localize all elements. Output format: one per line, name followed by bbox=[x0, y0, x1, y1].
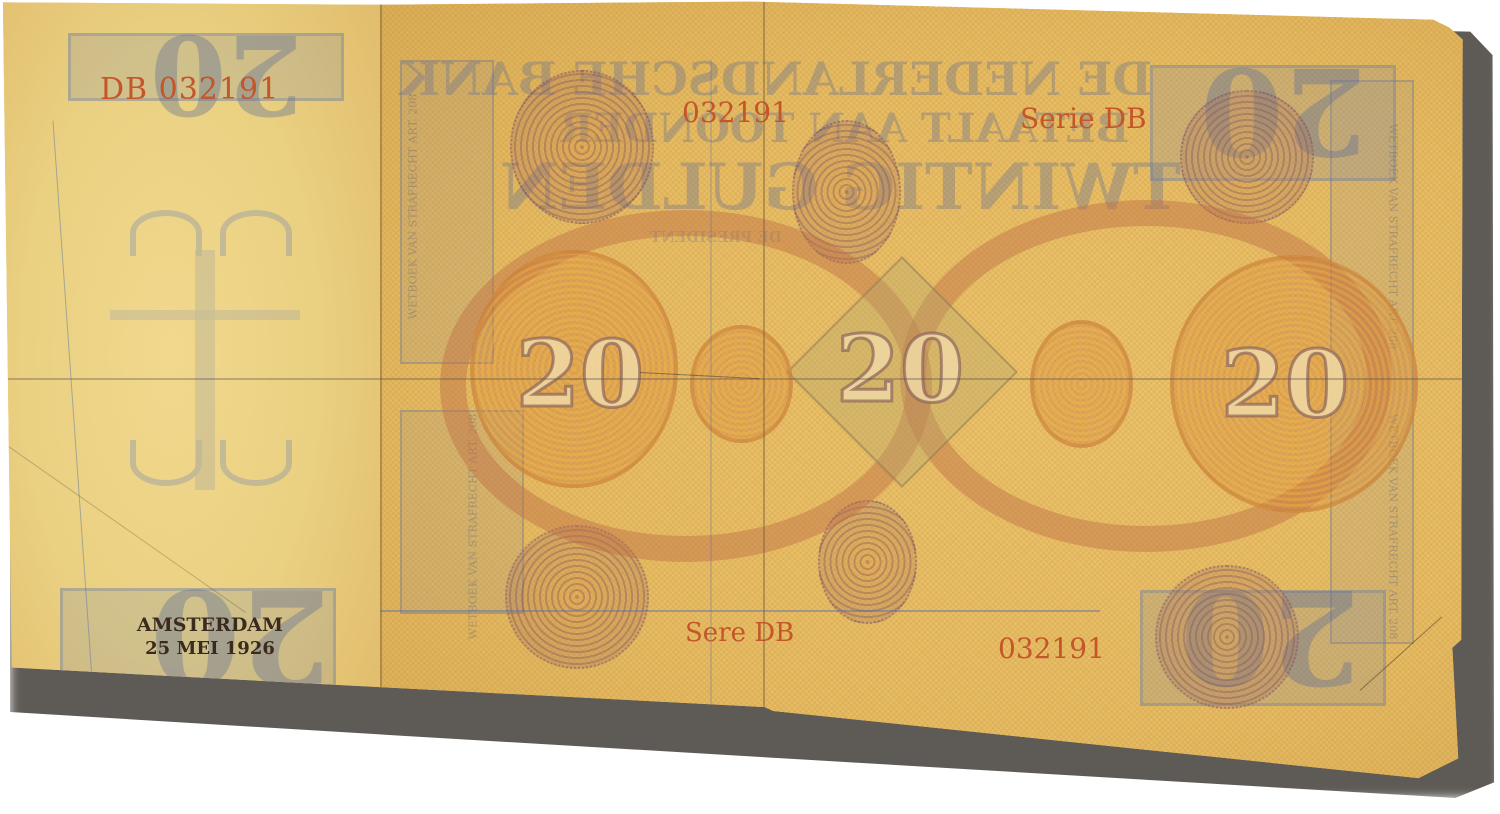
rosette-top-left bbox=[510, 70, 654, 224]
frame-line-bottom bbox=[380, 610, 1100, 612]
watermark-ornament bbox=[110, 190, 310, 550]
frame-line-vertical bbox=[710, 60, 712, 760]
rosette-bottom-right bbox=[1155, 565, 1299, 709]
serial-number-bottom: 032191 bbox=[998, 632, 1105, 665]
denomination-left: 20 bbox=[500, 320, 660, 428]
fold-horizontal bbox=[0, 378, 1470, 380]
issue-date: 25 MEI 1926 bbox=[110, 638, 310, 659]
fold-center bbox=[763, 0, 765, 790]
issue-city: AMSTERDAM bbox=[110, 614, 310, 636]
fold-left bbox=[380, 0, 382, 790]
banknote: 20 DB 032191 20 AMSTERDAM 25 MEI 1926 DE… bbox=[0, 0, 1500, 814]
law-text-left: WETBOEK VAN STRAFRECHT ART. 208 bbox=[406, 94, 419, 320]
denomination-right: 20 bbox=[1185, 330, 1385, 438]
series-label-top: Serie DB bbox=[1020, 102, 1147, 135]
denomination-center: 20 bbox=[820, 315, 980, 423]
design-panel: DE NEDERLANDSCHE BANK BETAALT AAN TOONDE… bbox=[380, 0, 1470, 790]
serial-number-top: 032191 bbox=[682, 96, 789, 129]
left-serial-number: DB 032191 bbox=[100, 72, 279, 107]
banknote-paper: 20 DB 032191 20 AMSTERDAM 25 MEI 1926 DE… bbox=[0, 0, 1470, 790]
small-medallion-left bbox=[690, 325, 793, 443]
small-medallion-right bbox=[1030, 320, 1133, 448]
series-label-bottom: Sere DB bbox=[685, 618, 794, 648]
